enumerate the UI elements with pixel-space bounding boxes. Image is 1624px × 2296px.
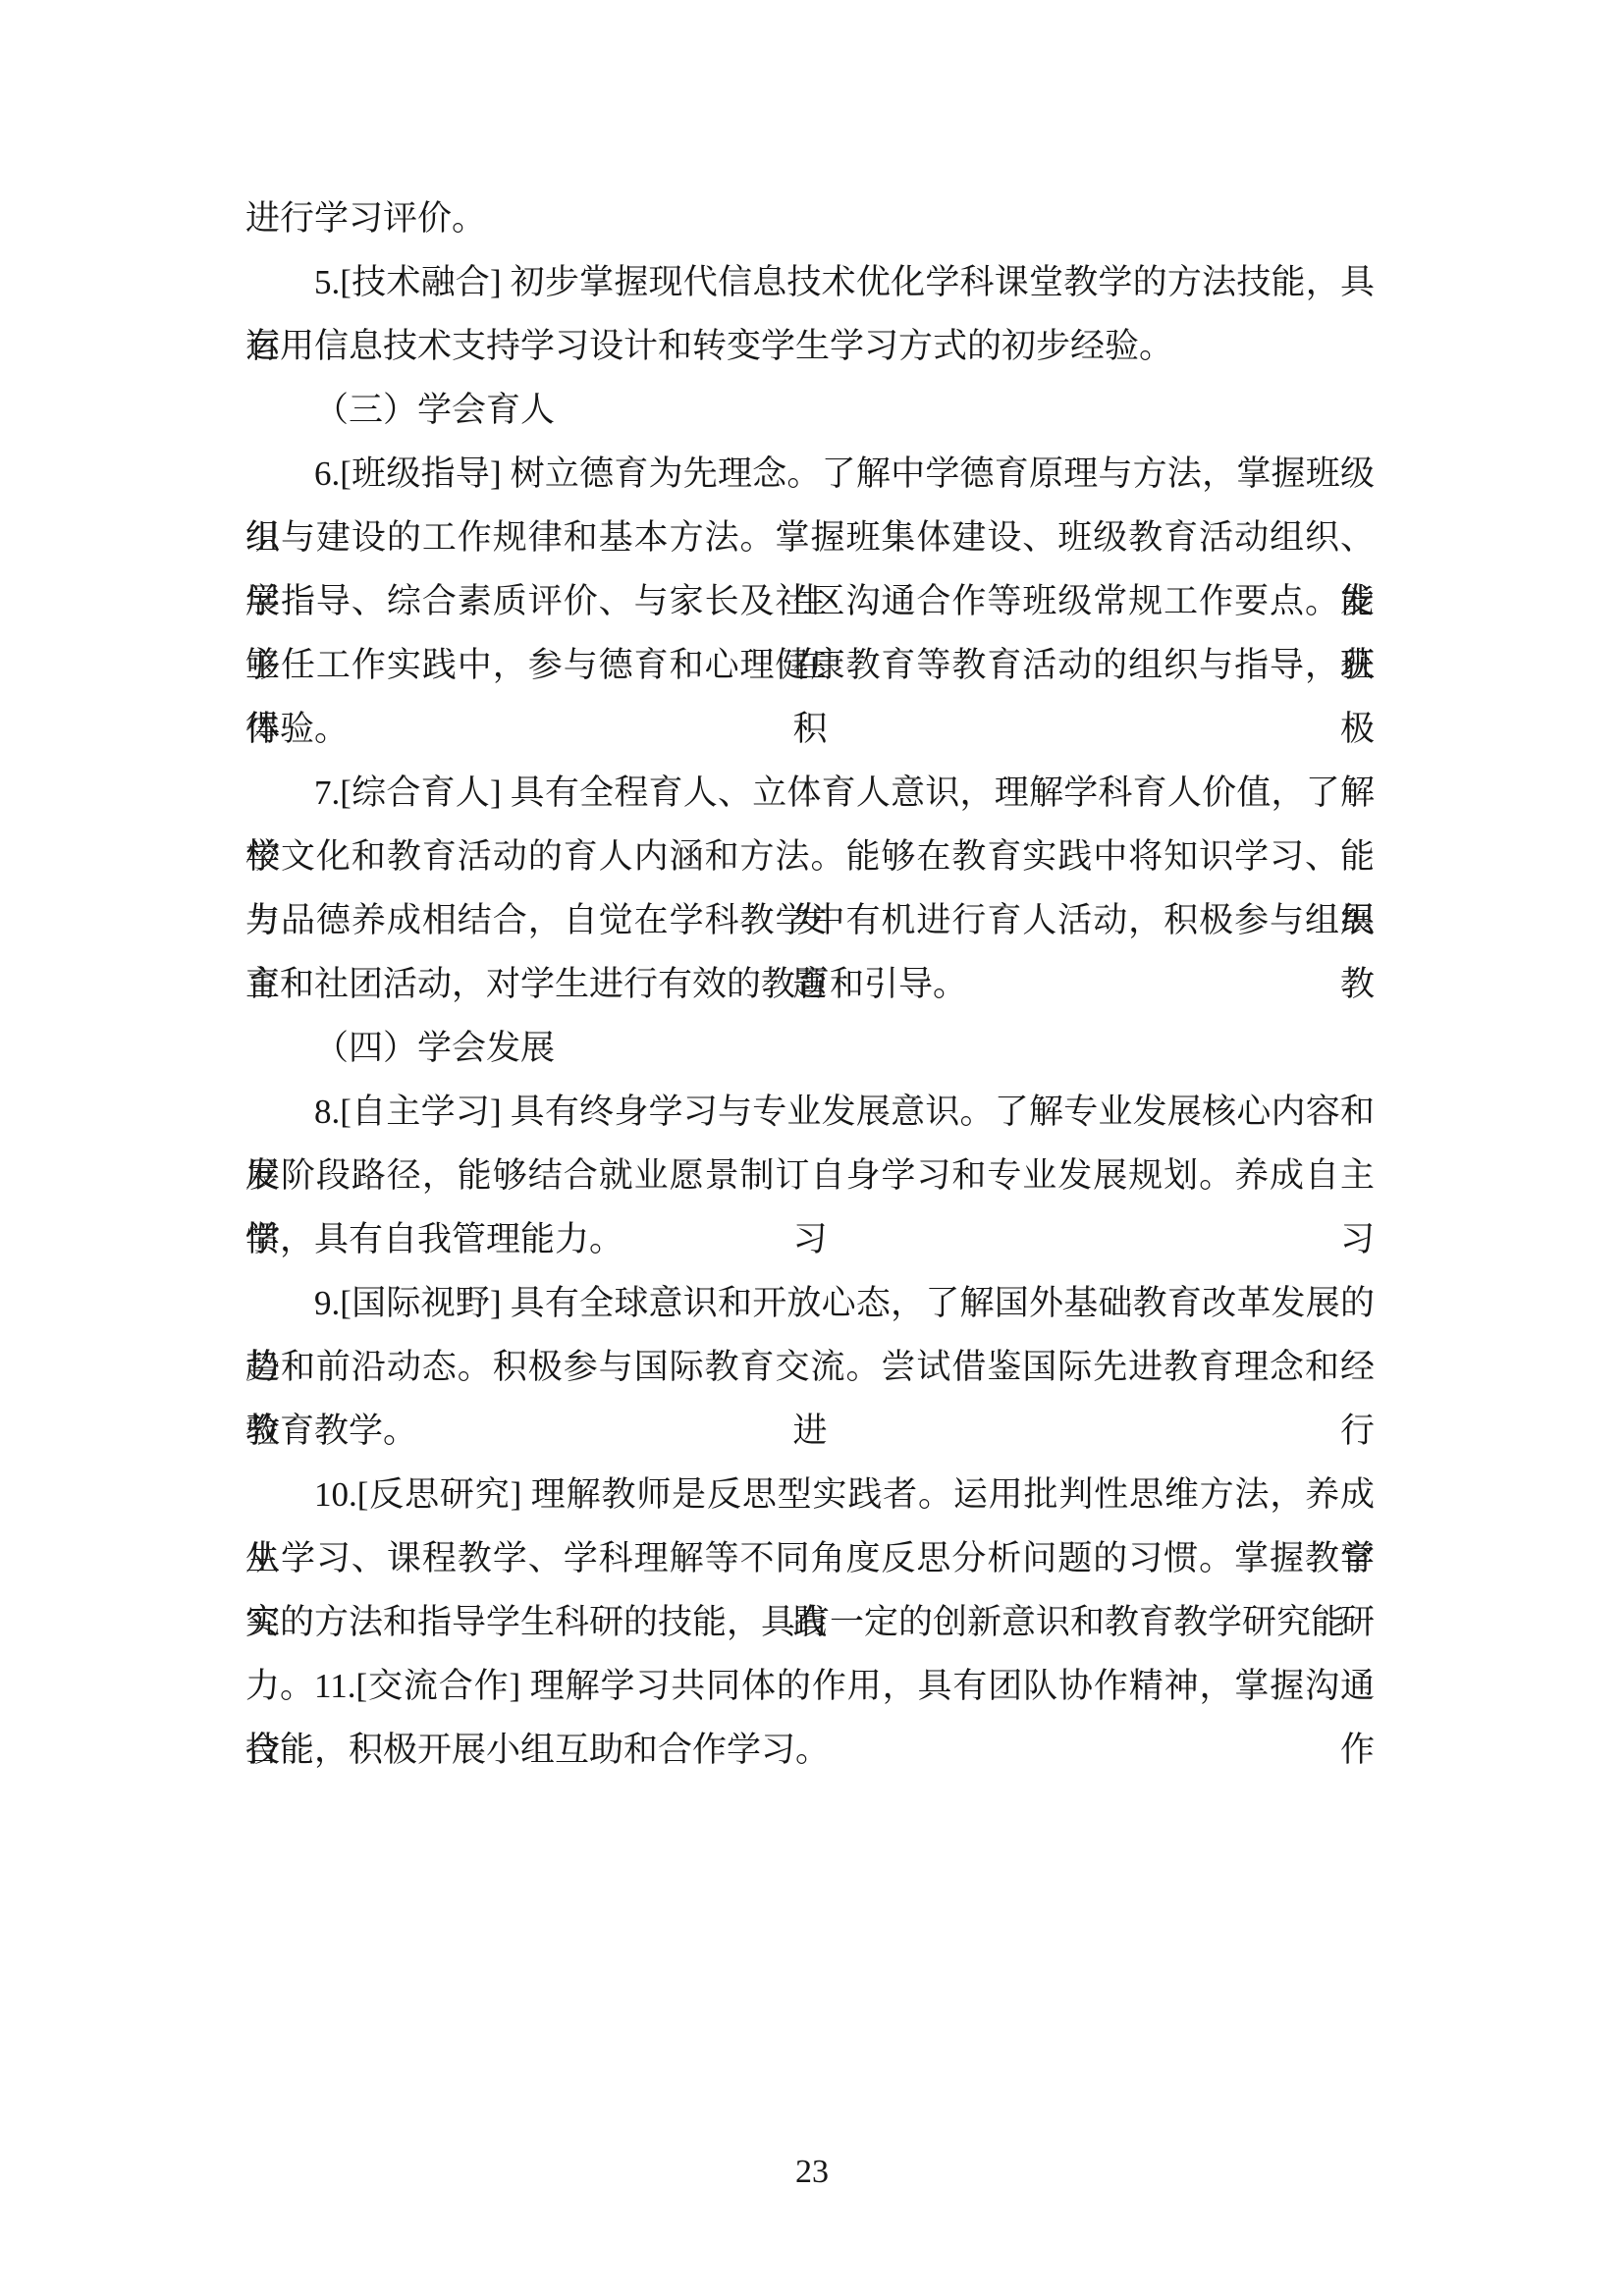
- numbered-paragraph-line: 生学习、课程教学、学科理解等不同角度反思分析问题的习惯。掌握教育实践研: [245, 1526, 1375, 1590]
- numbered-paragraph-line: 展指导、综合素质评价、与家长及社区沟通合作等班级常规工作要点。能够在班: [245, 569, 1375, 633]
- numbered-paragraph-line: 校文化和教育活动的育人内涵和方法。能够在教育实践中将知识学习、能力发展: [245, 825, 1375, 888]
- numbered-paragraph-line: 8.[自主学习] 具有终身学习与专业发展意识。了解专业发展核心内容和发: [245, 1080, 1375, 1144]
- numbered-paragraph-line: 展阶段路径，能够结合就业愿景制订自身学习和专业发展规划。养成自主学习习: [245, 1144, 1375, 1207]
- page-footer: 23: [0, 2148, 1624, 2197]
- numbered-paragraph-line: 织与建设的工作规律和基本方法。掌握班集体建设、班级教育活动组织、学生发: [245, 506, 1375, 569]
- numbered-paragraph-line: 11.[交流合作] 理解学习共同体的作用，具有团队协作精神，掌握沟通合作: [245, 1654, 1375, 1718]
- continuation-paragraph-line: 进行学习评价。: [245, 187, 1375, 250]
- numbered-paragraph-line: 究的方法和指导学生科研的技能，具有一定的创新意识和教育教学研究能力。: [245, 1590, 1375, 1654]
- section-heading-line: （三）学会育人: [245, 378, 1375, 442]
- numbered-paragraph-line: 6.[班级指导] 树立德育为先理念。了解中学德育原理与方法，掌握班级组: [245, 442, 1375, 506]
- numbered-paragraph-line: 主任工作实践中，参与德育和心理健康教育等教育活动的组织与指导，获得积极: [245, 633, 1375, 697]
- numbered-paragraph-line: 10.[反思研究] 理解教师是反思型实践者。运用批判性思维方法，养成从学: [245, 1463, 1375, 1526]
- numbered-paragraph-line: 运用信息技术支持学习设计和转变学生学习方式的初步经验。: [245, 314, 1375, 378]
- numbered-paragraph-line: 9.[国际视野] 具有全球意识和开放心态，了解国外基础教育改革发展的趋: [245, 1271, 1375, 1335]
- document-page: 进行学习评价。5.[技术融合] 初步掌握现代信息技术优化学科课堂教学的方法技能，…: [0, 0, 1624, 2296]
- numbered-paragraph-line: 5.[技术融合] 初步掌握现代信息技术优化学科课堂教学的方法技能，具有: [245, 250, 1375, 314]
- numbered-paragraph-line: 与品德养成相结合，自觉在学科教学中有机进行育人活动，积极参与组织主题教: [245, 888, 1375, 952]
- section-heading-line: （四）学会发展: [245, 1016, 1375, 1080]
- numbered-paragraph-line: 势和前沿动态。积极参与国际教育交流。尝试借鉴国际先进教育理念和经验进行: [245, 1335, 1375, 1399]
- numbered-paragraph-line: 7.[综合育人] 具有全程育人、立体育人意识，理解学科育人价值，了解学: [245, 761, 1375, 825]
- document-text-block: 进行学习评价。5.[技术融合] 初步掌握现代信息技术优化学科课堂教学的方法技能，…: [245, 187, 1375, 1782]
- page-number: 23: [795, 2148, 829, 2197]
